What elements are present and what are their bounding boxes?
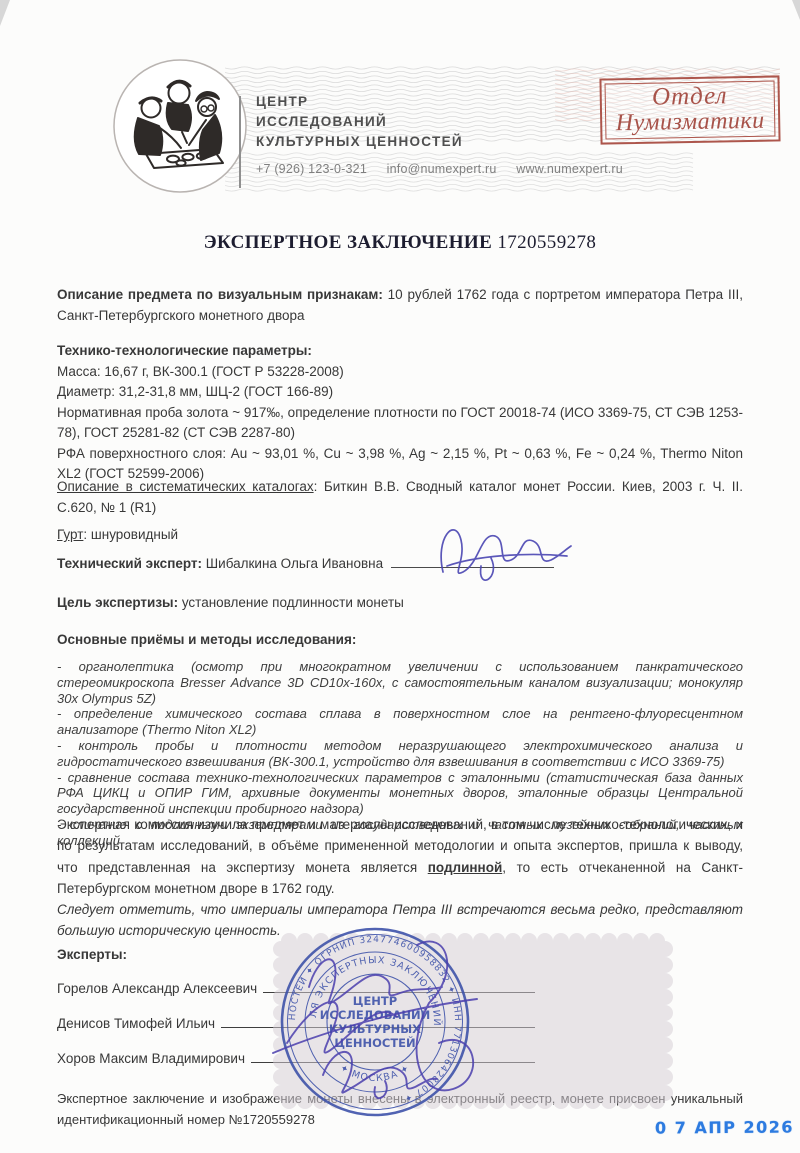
title-number: 1720559278 [497, 232, 596, 253]
section-edge: Гурт: шнуровидный [57, 524, 743, 545]
expert-row: Денисов Тимофей Ильич [57, 1011, 535, 1031]
email-address: info@numexpert.ru [387, 162, 497, 176]
expert-row: Горелов Александр Алексеевич [57, 976, 535, 996]
methods-heading: Основные приёмы и методы исследования: [57, 629, 743, 650]
title-text: ЭКСПЕРТНОЕ ЗАКЛЮЧЕНИЕ [204, 232, 492, 253]
numismatics-department-stamp: Отдел Нумизматики [599, 75, 780, 144]
purpose-label: Цель экспертизы: [57, 595, 178, 610]
section-catalog-reference: Описание в систематических каталогах: Би… [57, 477, 743, 518]
tech-expert-signature-line [391, 551, 554, 568]
section-visual-description: Описание предмета по визуальным признака… [57, 284, 743, 326]
tech-line-mass: Масса: 16,67 г, ВК-300.1 (ГОСТ Р 53228-2… [57, 362, 743, 383]
section-technical-expert: Технический эксперт: Шибалкина Ольга Ива… [57, 551, 554, 571]
method-item: - органолептика (осмотр при многократном… [57, 659, 743, 706]
experts-heading: Эксперты: [57, 944, 743, 965]
date-stamp: 0 7 АПР 2026 [655, 1118, 794, 1138]
dept-stamp-line1: Отдел [652, 84, 728, 109]
purpose-text: установление подлинности монеты [178, 595, 404, 610]
method-item: - сравнение состава технико-технологичес… [57, 770, 743, 817]
conclusion-note: Следует отметить, что империалы императо… [57, 899, 743, 942]
scan-artifact-top-right [792, 0, 800, 20]
registry-note: Экспертное заключение и изображение моне… [57, 1088, 743, 1130]
method-item: - определение химического состава сплава… [57, 706, 743, 738]
scan-artifact-top-left [0, 0, 10, 26]
expert-signature-line [251, 1046, 535, 1063]
expert-signature-line [263, 976, 535, 993]
document-title: ЭКСПЕРТНОЕ ЗАКЛЮЧЕНИЕ 1720559278 [0, 232, 800, 254]
phone-number: +7 (926) 123-0-321 [256, 162, 367, 176]
document-page: ЦЕНТР ИССЛЕДОВАНИЙ КУЛЬТУРНЫХ ЦЕННОСТЕЙ … [0, 0, 800, 1153]
expert-name: Денисов Тимофей Ильич [57, 1016, 215, 1031]
seal-center-line: ЦЕНТР [353, 994, 397, 1008]
expert-signature-line [221, 1011, 535, 1028]
tech-line-fineness: Нормативная проба золота ~ 917‰, определ… [57, 403, 743, 444]
expert-name: Горелов Александр Алексеевич [57, 981, 257, 996]
org-name-line: ЦЕНТР [256, 92, 463, 112]
visual-label: Описание предмета по визуальным признака… [57, 287, 383, 302]
section-tech-parameters: Технико-технологические параметры: Масса… [57, 341, 743, 485]
catalog-label: Описание в систематических каталогах [57, 479, 314, 494]
tech-expert-name: Шибалкина Ольга Ивановна [202, 556, 383, 571]
expert-name: Хоров Максим Владимирович [57, 1051, 245, 1066]
dept-stamp-line2: Нумизматики [616, 108, 765, 137]
website-url: www.numexpert.ru [516, 162, 623, 176]
org-name: ЦЕНТР ИССЛЕДОВАНИЙ КУЛЬТУРНЫХ ЦЕННОСТЕЙ [256, 92, 463, 152]
conclusion-verdict: подлинной [428, 860, 503, 875]
contact-info: +7 (926) 123-0-321 info@numexpert.ru www… [256, 162, 639, 176]
logo-illustration [110, 56, 250, 196]
edge-label: Гурт [57, 527, 83, 542]
header-divider [239, 96, 241, 188]
org-name-line: ИССЛЕДОВАНИЙ [256, 112, 463, 132]
org-name-line: КУЛЬТУРНЫХ ЦЕННОСТЕЙ [256, 132, 463, 152]
method-item: - контроль пробы и плотности методом нер… [57, 738, 743, 770]
expert-row: Хоров Максим Владимирович [57, 1046, 535, 1066]
tech-label: Технико-технологические параметры: [57, 341, 743, 362]
section-conclusion: Экспертная комиссия изучила предмет и ма… [57, 814, 743, 942]
edge-text: : шнуровидный [83, 527, 178, 542]
section-purpose: Цель экспертизы: установление подлинност… [57, 592, 743, 613]
tech-expert-label: Технический эксперт: [57, 556, 202, 571]
numismatics-department-stamp-inner: Отдел Нумизматики [605, 81, 776, 140]
tech-line-diameter: Диаметр: 31,2-31,8 мм, ШЦ-2 (ГОСТ 166-89… [57, 382, 743, 403]
